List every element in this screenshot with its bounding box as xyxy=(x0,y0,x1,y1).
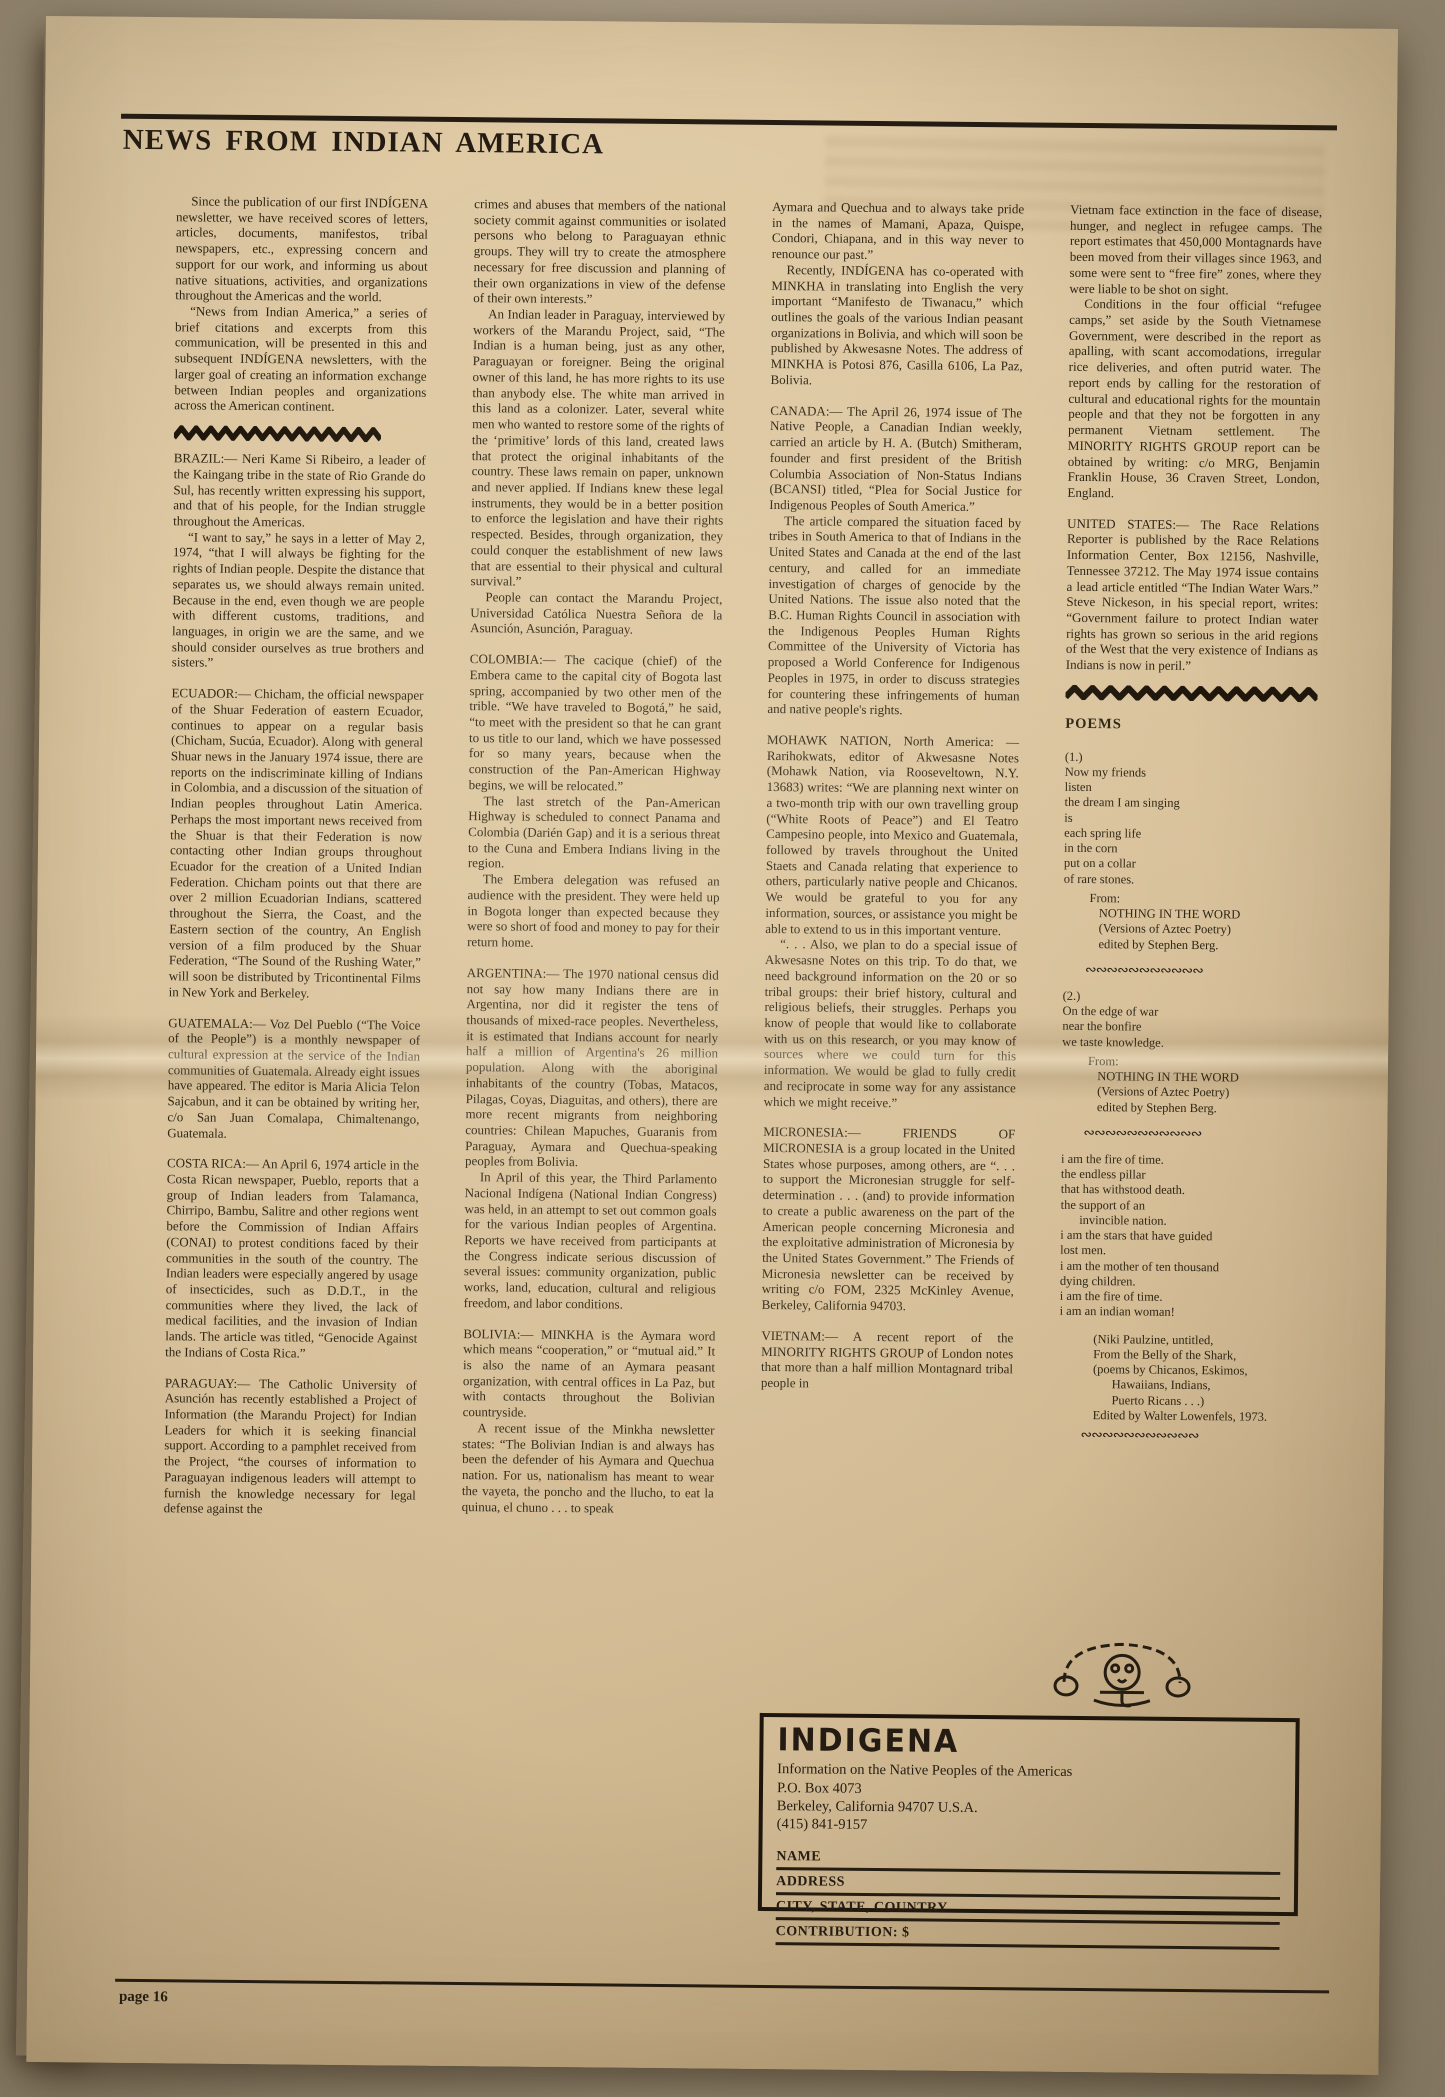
paraguay-continued: crimes and abuses that members of the na… xyxy=(473,196,726,308)
poem-1-source: From: NOTHING IN THE WORD (Versions of A… xyxy=(1089,891,1316,954)
bolivia-continued: Aymara and Quechua and to always take pr… xyxy=(772,199,1025,264)
subscription-box: INDIGENA Information on the Native Peopl… xyxy=(758,1713,1300,1916)
vietnam-section: VIETNAM:— A recent report of the MINORIT… xyxy=(761,1328,1014,1393)
poem-2-text: (2.) On the edge of war near the bonfire… xyxy=(1062,989,1315,1052)
vietnam-continued: Conditions in the four official “refugee… xyxy=(1067,296,1321,503)
page-number: page 16 xyxy=(119,1989,168,2006)
indigena-logo xyxy=(1040,1634,1205,1720)
subscription-box-title: INDIGENA xyxy=(777,1725,1281,1761)
colombia-section: COLOMBIA:— The cacique (chief) of the Em… xyxy=(469,651,722,795)
costa-rica-section: COSTA RICA:— An April 6, 1974 article in… xyxy=(165,1155,419,1362)
city-state-country-field-line: CITY, STATE, COUNTRY xyxy=(776,1897,1280,1925)
name-field-line: NAME xyxy=(776,1847,1280,1875)
colombia-section: The last stretch of the Pan-American Hig… xyxy=(468,793,721,874)
page-title: NEWS FROM INDIAN AMERICA xyxy=(123,124,605,162)
argentina-section: ARGENTINA:— The 1970 national census did… xyxy=(465,965,719,1172)
ornament-divider: ∾∾∾∾∾∾∾∾∾∾∾ xyxy=(1083,1125,1313,1144)
subscription-box-address: P.O. Box 4073 Berkeley, California 94707… xyxy=(777,1779,1281,1838)
mohawk-nation-section: MOHAWK NATION, North America: — Rarihokw… xyxy=(765,732,1019,939)
guatemala-section: GUATEMALA:— Voz Del Pueblo (“The Voice o… xyxy=(167,1015,420,1143)
canada-section: CANADA:— The April 26, 1974 issue of The… xyxy=(769,403,1022,515)
newspaper-page: NEWS FROM INDIAN AMERICA Since the publi… xyxy=(26,16,1398,2075)
address-field-line: ADDRESS xyxy=(776,1872,1280,1900)
vietnam-continued: Vietnam face extinction in the face of d… xyxy=(1069,202,1322,299)
poems-heading: POEMS xyxy=(1065,716,1317,736)
article-column-4: Vietnam face extinction in the face of d… xyxy=(1058,202,1322,1457)
intro-paragraph: “News from Indian America,” a series of … xyxy=(174,303,427,415)
united-states-section: UNITED STATES:— The Race Relations Repor… xyxy=(1066,515,1319,675)
brazil-section: “I want to say,” he says in a letter of … xyxy=(172,529,425,673)
bolivia-section: A recent issue of the Minkha newsletter … xyxy=(462,1420,715,1517)
bolivia-continued: Recently, INDÍGENA has co-operated with … xyxy=(770,262,1023,390)
poem-2-source: From: NOTHING IN THE WORD (Versions of A… xyxy=(1087,1054,1314,1117)
paraguay-continued: People can contact the Marandu Project, … xyxy=(470,589,722,639)
article-column-2: crimes and abuses that members of the na… xyxy=(462,196,727,1517)
mohawk-nation-section: “. . . Also, we plan to do a special iss… xyxy=(764,936,1018,1111)
zigzag-divider xyxy=(174,425,381,442)
footer-rule xyxy=(115,1979,1329,1994)
poem-attribution: (Niki Paulzine, untitled, From the Belly… xyxy=(1093,1332,1312,1426)
article-column-1: Since the publication of our first INDÍG… xyxy=(164,193,429,1518)
contribution-field-line: CONTRIBUTION: $ xyxy=(776,1922,1280,1950)
poem-3-text: i am the fire of time. the endless pilla… xyxy=(1060,1152,1314,1322)
paraguay-continued: An Indian leader in Paraguay, interviewe… xyxy=(471,306,726,591)
canada-section: The article compared the situation faced… xyxy=(767,513,1021,720)
argentina-section: In April of this year, the Third Parlame… xyxy=(464,1169,717,1313)
intro-paragraph: Since the publication of our first INDÍG… xyxy=(175,193,428,305)
ecuador-section: ECUADOR:— Chicham, the official newspape… xyxy=(169,685,424,1002)
ornament-divider: ∾∾∾∾∾∾∾∾∾∾∾ xyxy=(1080,1427,1310,1446)
brazil-section: BRAZIL:— Neri Kame Si Ribeiro, a leader … xyxy=(173,450,426,531)
zigzag-divider xyxy=(1065,685,1317,702)
paraguay-section: PARAGUAY:— The Catholic University of As… xyxy=(164,1375,417,1519)
colombia-section: The Embera delegation was refused an aud… xyxy=(467,871,720,952)
bolivia-section: BOLIVIA:— MINKHA is the Aymara word whic… xyxy=(463,1326,716,1423)
article-column-3: Aymara and Quechua and to always take pr… xyxy=(761,199,1024,1393)
ornament-divider: ∾∾∾∾∾∾∾∾∾∾∾ xyxy=(1085,962,1315,981)
poem-1-text: (1.) Now my friends listen the dream I a… xyxy=(1064,749,1317,889)
micronesia-section: MICRONESIA:— FRIENDS OF MICRONESIA is a … xyxy=(762,1124,1016,1315)
poems-section: POEMS (1.) Now my friends listen the dre… xyxy=(1058,716,1317,1447)
